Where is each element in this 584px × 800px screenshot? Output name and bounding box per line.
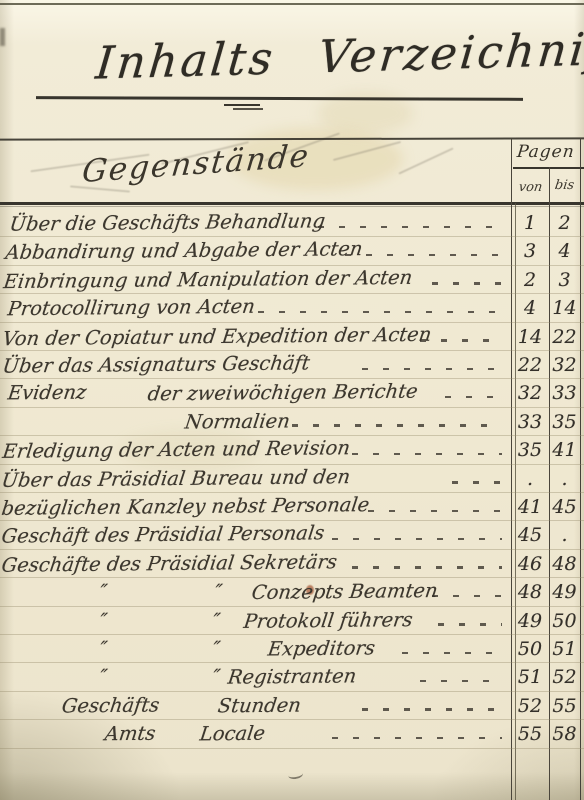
dotted-leader <box>368 510 502 512</box>
page-to: 4 <box>549 240 580 262</box>
dotted-leader <box>432 595 502 597</box>
dotted-leader <box>402 652 502 654</box>
entry-text: Geschäft des Präsidial Personals <box>0 522 326 548</box>
entry-text: Geschäfte des Präsidial Sekretärs <box>0 550 338 577</box>
page-from: 52 <box>511 695 549 717</box>
page-from: 55 <box>511 723 549 745</box>
entry-text: ″ <box>211 609 221 632</box>
entry-text: ″ <box>98 609 108 632</box>
page-to: 51 <box>549 638 580 660</box>
dotted-leader <box>420 680 502 682</box>
table-row: bezüglichen Kanzley nebst Personale4145 <box>0 492 584 520</box>
dotted-leader <box>362 708 502 710</box>
entry-text: Einbringung und Manipulation der Acten <box>2 266 414 293</box>
entry-text: Locale <box>198 722 266 746</box>
table-row: AmtsLocale5558 <box>0 719 584 747</box>
page-from: . <box>511 468 549 490</box>
dotted-leader <box>438 623 502 625</box>
table-row: Protocollirung von Acten414 <box>0 293 584 321</box>
table-row: Geschäfte des Präsidial Sekretärs4648 <box>0 549 584 577</box>
page-from: 4 <box>511 297 549 319</box>
page-to: 48 <box>549 553 580 575</box>
page-from: 14 <box>511 326 549 348</box>
manuscript-page: Inhalts Verzeichniß Gegenstände Pagen vo… <box>0 0 584 800</box>
entry-text: Über das Assignaturs Geschäft <box>1 351 311 377</box>
dotted-leader <box>258 311 502 313</box>
page-from: 1 <box>511 212 549 234</box>
dotted-leader <box>292 424 502 426</box>
table-row: Von der Copiatur und Expedition der Acte… <box>0 322 584 350</box>
entry-text: Registranten <box>226 665 357 689</box>
entry-text: Protocollirung von Acten <box>6 295 256 321</box>
entry-text: Expeditors <box>266 636 376 660</box>
dotted-leader <box>345 254 502 256</box>
page-to: . <box>549 524 580 546</box>
table-row: Über das Präsidial Bureau und den.. <box>0 464 584 492</box>
dotted-leader <box>352 453 502 455</box>
page-from: 2 <box>511 269 549 291</box>
page-to: 22 <box>549 326 580 348</box>
page-to: 50 <box>549 610 580 632</box>
entry-text: ″ <box>98 665 108 688</box>
entry-text: ″ <box>211 665 221 688</box>
entry-text: ″ <box>98 580 108 603</box>
entry-text: Erledigung der Acten und Revision <box>1 436 351 463</box>
page-to: 32 <box>549 354 580 376</box>
entry-text: ″ <box>213 580 223 603</box>
table-row: Einbringung und Manipulation der Acten23 <box>0 265 584 293</box>
page-from: 45 <box>511 524 549 546</box>
page-to: 33 <box>549 382 580 404</box>
page-to: 52 <box>549 666 580 688</box>
page-to: 2 <box>549 212 580 234</box>
table-row: ″″Expeditors5051 <box>0 634 584 662</box>
table-row: ″″Protokoll führers4950 <box>0 606 584 634</box>
page-from: 46 <box>511 553 549 575</box>
entry-text: Conzepts Beamten <box>250 579 439 604</box>
table-rows: Über die Geschäfts Behandlung12Abbandiru… <box>0 0 584 800</box>
page-from: 35 <box>511 439 549 461</box>
entry-text: Geschäfts <box>60 693 160 717</box>
page-from: 48 <box>511 581 549 603</box>
entry-text: Amts <box>103 722 156 746</box>
entry-text: Stunden <box>216 693 302 717</box>
entry-text: Evidenz <box>6 381 87 405</box>
dotted-leader <box>362 368 502 370</box>
table-row: Über die Geschäfts Behandlung12 <box>0 208 584 236</box>
page-to: 35 <box>549 411 580 433</box>
entry-text: Über die Geschäfts Behandlung <box>8 209 326 235</box>
page-from: 50 <box>511 638 549 660</box>
page-to: 45 <box>549 496 580 518</box>
dotted-leader <box>452 481 502 483</box>
entry-text: Protokoll führers <box>242 608 414 633</box>
dotted-leader <box>445 396 502 398</box>
page-to: 55 <box>549 695 580 717</box>
page-from: 33 <box>511 411 549 433</box>
dotted-leader <box>332 737 502 739</box>
entry-text: ″ <box>211 637 221 660</box>
page-from: 51 <box>511 666 549 688</box>
page-from: 32 <box>511 382 549 404</box>
page-from: 22 <box>511 354 549 376</box>
entry-text: der zweiwöchigen Berichte <box>146 380 419 406</box>
dotted-leader <box>332 538 502 540</box>
page-to: 49 <box>549 581 580 603</box>
entry-text: bezüglichen Kanzley nebst Personale <box>0 493 371 520</box>
page-from: 41 <box>511 496 549 518</box>
table-row: Evidenzder zweiwöchigen Berichte3233 <box>0 378 584 406</box>
entry-text: Normalien <box>183 409 291 433</box>
page-to: 41 <box>549 439 580 461</box>
page-to: 3 <box>549 269 580 291</box>
table-row: Abbandirung und Abgabe der Acten34 <box>0 236 584 264</box>
table-row: Geschäft des Präsidial Personals45. <box>0 520 584 548</box>
table-row: ″″Conzepts Beamten4849 <box>0 577 584 605</box>
table-row: ″″Registranten5152 <box>0 662 584 690</box>
table-row: Erledigung der Acten und Revision3541 <box>0 435 584 463</box>
dotted-leader <box>318 226 502 228</box>
page-to: . <box>549 468 580 490</box>
page-from: 3 <box>511 240 549 262</box>
dotted-leader <box>352 566 502 568</box>
page-to: 14 <box>549 297 580 319</box>
table-row: Normalien3335 <box>0 407 584 435</box>
dotted-leader <box>432 282 502 284</box>
table-row: GeschäftsStunden5255 <box>0 691 584 719</box>
entry-text: Über das Präsidial Bureau und den <box>0 465 351 492</box>
table-row: Über das Assignaturs Geschäft2232 <box>0 350 584 378</box>
entry-text: ″ <box>98 637 108 660</box>
page-to: 58 <box>549 723 580 745</box>
page-from: 49 <box>511 610 549 632</box>
entry-text: Abbandirung und Abgabe der Acten <box>4 238 364 265</box>
entry-text: Von der Copiatur und Expedition der Acte… <box>1 322 433 349</box>
row-rule <box>0 748 584 749</box>
dotted-leader <box>420 339 502 341</box>
